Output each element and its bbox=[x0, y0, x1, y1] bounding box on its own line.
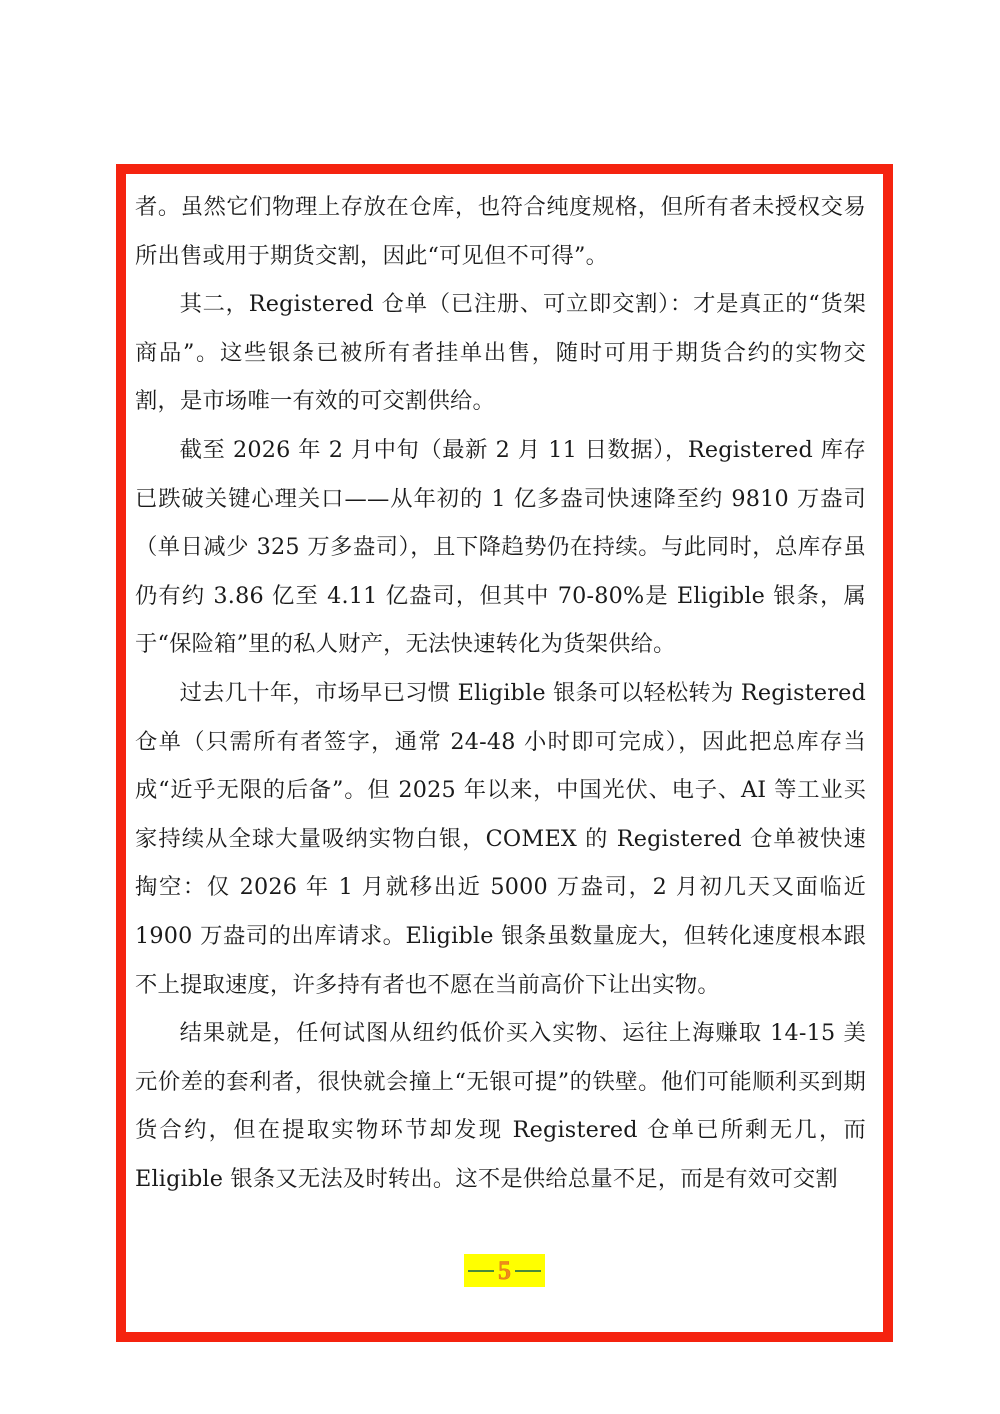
document-body: 者。虽然它们物理上存放在仓库，也符合纯度规格，但所有者未授权交易所出售或用于期货… bbox=[135, 183, 866, 1203]
page-number-dash-right bbox=[515, 1270, 541, 1272]
paragraph-2: 其二，Registered 仓单（已注册、可立即交割）：才是真正的“货架商品”。… bbox=[135, 280, 866, 426]
paragraph-3: 截至 2026 年 2 月中旬（最新 2 月 11 日数据），Registere… bbox=[135, 426, 866, 669]
page-number-badge: 5 bbox=[464, 1254, 545, 1287]
page-number-dash-left bbox=[468, 1270, 494, 1272]
page-number: 5 bbox=[498, 1258, 511, 1284]
paragraph-1: 者。虽然它们物理上存放在仓库，也符合纯度规格，但所有者未授权交易所出售或用于期货… bbox=[135, 183, 866, 280]
paragraph-4: 过去几十年，市场早已习惯 Eligible 银条可以轻松转为 Registere… bbox=[135, 669, 866, 1009]
paragraph-5: 结果就是，任何试图从纽约低价买入实物、运往上海赚取 14-15 美元价差的套利者… bbox=[135, 1009, 866, 1203]
